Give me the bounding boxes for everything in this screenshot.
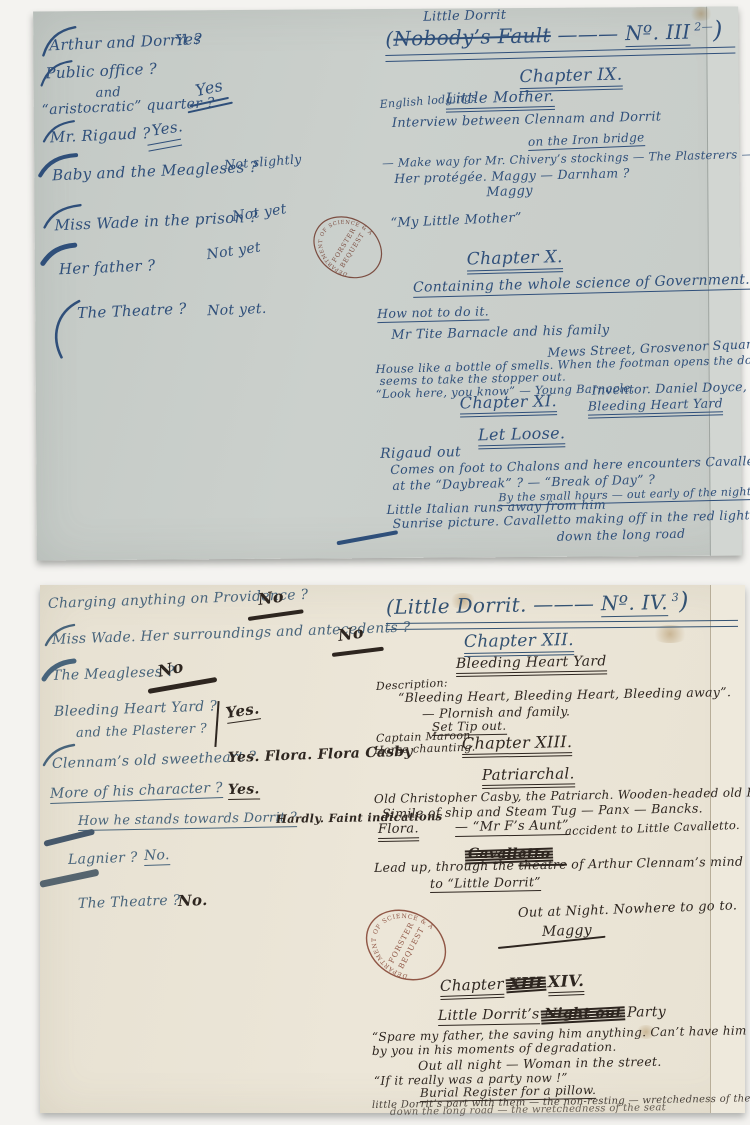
underline-flourish: [147, 139, 182, 152]
ch14-heading-struck: XIII: [509, 973, 543, 992]
a-theatre: Not yet.: [207, 302, 267, 320]
q2-dorrit: How he stands towards Dorrit ?: [78, 811, 297, 831]
paper-stain: [650, 625, 690, 643]
a2-theatre: No.: [178, 892, 208, 910]
ch9-title: Little Mother.: [445, 88, 554, 112]
svg-text:DEPARTMENT OF SCIENCE & ART ·: DEPARTMENT OF SCIENCE & ART · 1876 ·: [299, 202, 374, 283]
q-her-father: Her father ?: [59, 257, 156, 278]
manuscript-page-no4: Charging anything on Providence ? No Mis…: [40, 585, 745, 1113]
ch13-line3b: of Arthur Clennam’s mind: [571, 854, 743, 872]
ch13-line3: Lead up, through the theatre of Arthur C…: [374, 855, 743, 875]
a-arthur: Yes: [175, 30, 202, 48]
forster-bequest-stamp: DEPARTMENT OF SCIENCE & ART · 1876 · FOR…: [299, 201, 396, 294]
mount-mat: Arthur and Dorrit ? Yes Public office ? …: [0, 0, 750, 1125]
q-public-office: Public office ?: [45, 61, 157, 82]
a2-miss-wade: No: [337, 623, 365, 644]
a-miss-wade: Not yet: [231, 202, 287, 225]
ch10-margin-note: How not to do it.: [377, 304, 489, 322]
ch11-line5b: down the long road: [557, 527, 686, 544]
graphite-stroke: [43, 829, 95, 847]
a2-providence: No: [257, 587, 285, 608]
p1-struck-title: Nobody’s Fault: [393, 23, 551, 51]
ch9-line4: Maggy: [486, 184, 533, 200]
ch10-heading: Chapter X.: [467, 248, 563, 274]
a2-meagleses: No: [156, 658, 185, 681]
ch14-line2: Out all night — Woman in the street.: [418, 1055, 662, 1073]
q2-sweetheart: Clennam’s old sweetheart ?: [52, 750, 257, 773]
a-her-father: Not yet: [206, 240, 262, 263]
ch10-subtitle: Containing the whole science of Governme…: [413, 273, 750, 299]
q2-character: More of his character ?: [50, 781, 223, 804]
p2-title: Little Dorrit.: [394, 593, 527, 619]
p1-number: Nº. III: [625, 20, 691, 48]
p2-close-paren: ): [679, 587, 689, 615]
a-public-office: Yes: [194, 77, 225, 100]
ch12-margin2b: Horse chaunting.: [374, 741, 476, 757]
svg-text:DEPARTMENT OF SCIENCE & ART ·: DEPARTMENT OF SCIENCE & ART · 1876 ·: [350, 894, 436, 987]
ch13-aunt: — “Mr F’s Aunt”: [455, 819, 569, 837]
a-baby-meagleses: Not slightly: [224, 152, 302, 172]
p2-title-line: (Little Dorrit. ——— Nº. IV.3): [386, 588, 689, 620]
underline-flourish: [332, 647, 384, 657]
q-miss-wade: Miss Wade in the prison ?: [54, 209, 258, 234]
ch9-line5: “My Little Mother”: [390, 211, 522, 231]
ch14-heading-number: XIV.: [547, 971, 584, 996]
q2-bleeding-heart: Bleeding Heart Yard ?: [54, 699, 218, 720]
graphite-stroke: [39, 869, 99, 888]
p1-title-dash: ———: [557, 21, 618, 46]
ch13-heading: Chapter XIII.: [462, 733, 573, 758]
ch13-line3c: to “Little Dorrit”: [430, 875, 541, 893]
ch9-line3: Her protégée. Maggy — Darnham ?: [394, 166, 630, 186]
ch14-heading: Chapter XIII XIV.: [440, 972, 585, 995]
p2-number: Nº. IV.: [601, 590, 668, 617]
p1-folio-annot: 2—: [694, 20, 713, 33]
ch10-side2: Bleeding Heart Yard: [588, 396, 724, 418]
a2-character: Yes.: [228, 782, 260, 800]
q2-theatre: The Theatre ?: [78, 893, 181, 912]
q2-plasterer: and the Plasterer ?: [76, 722, 208, 741]
stamp-ring-text: DEPARTMENT OF SCIENCE & ART · 1876 ·: [350, 894, 436, 987]
a2-lagnier: No.: [144, 848, 170, 866]
ch14-heading-word: Chapter: [440, 975, 505, 1000]
stamp-ring-text: DEPARTMENT OF SCIENCE & ART · 1876 ·: [299, 202, 374, 283]
ch10-line1: Mr Tite Barnacle and his family: [391, 324, 609, 344]
ch12-title: Bleeding Heart Yard: [456, 654, 607, 677]
q2-lagnier: Lagnier ?: [68, 851, 138, 869]
manuscript-page-no3: Arthur and Dorrit ? Yes Public office ? …: [33, 7, 742, 561]
ch14-title-b: Party: [627, 1004, 666, 1021]
p2-title-dash: ———: [533, 591, 594, 616]
flourish-stroke: [336, 530, 398, 545]
a-rigaud: Yes.: [151, 118, 184, 139]
a2-bleeding-heart: Yes.: [225, 700, 261, 723]
ch14-title-a: Little Dorrit’s: [438, 1006, 540, 1026]
ch13-line4: Out at Night. Nowhere to go to.: [518, 899, 738, 921]
underline-flourish: [248, 609, 304, 621]
p1-close-paren: ): [713, 16, 723, 44]
ch13-line3a: Lead up, through the: [374, 858, 514, 875]
ch11-title: Let Loose.: [478, 424, 566, 449]
ch9-line1: Interview between Clennam and Dorrit: [392, 110, 662, 131]
ch12-heading: Chapter XII.: [464, 631, 574, 657]
ch13-title: Patriarchal.: [482, 765, 575, 788]
ch13-line3-struck: theatre: [518, 857, 567, 873]
ch14-title-struck: Night out: [544, 1005, 622, 1022]
ch9-line1-interlined: on the Iron bridge: [528, 131, 645, 151]
ch14-title: Little Dorrit’s Night out Party: [438, 1005, 666, 1024]
q-rigaud: Mr. Rigaud ?: [50, 125, 151, 146]
ch11-heading: Chapter XI.: [460, 392, 558, 417]
q-theatre: The Theatre ?: [77, 301, 187, 322]
q-aristocratic-quarter: “aristocratic” quarter ?: [41, 96, 215, 119]
ch13-flora: Flora.: [378, 822, 419, 842]
